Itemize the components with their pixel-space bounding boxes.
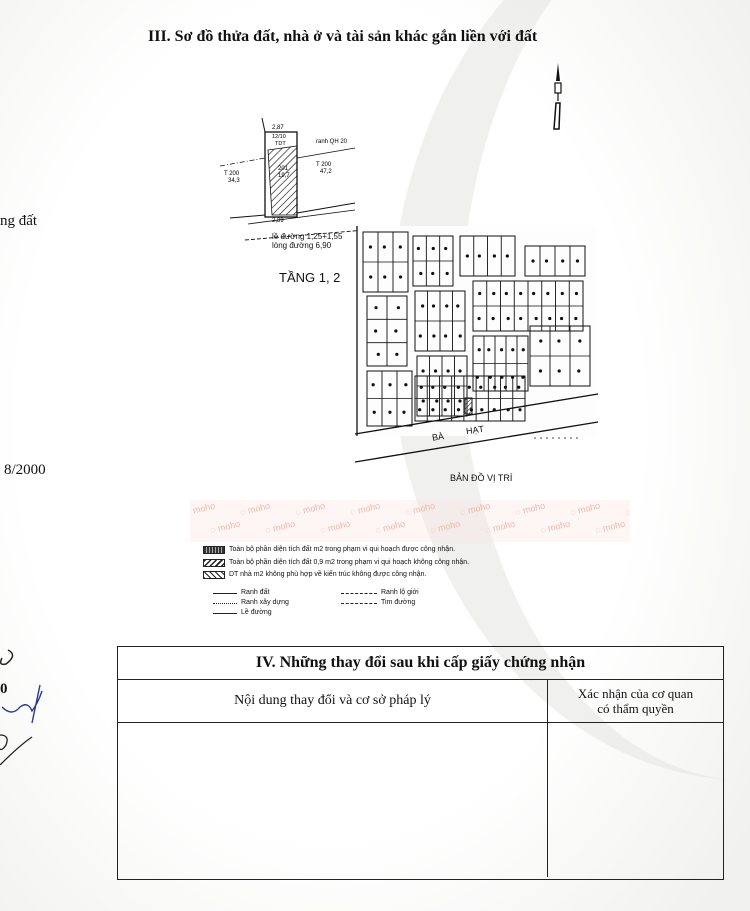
svg-text:ranh QH 20: ranh QH 20 bbox=[316, 139, 348, 145]
road-note-line2: lòng đường 6,90 bbox=[272, 241, 342, 250]
watermark-text: ◌ moho bbox=[569, 500, 601, 517]
north-arrow-icon bbox=[548, 63, 568, 133]
legend-text: Tim đường bbox=[381, 598, 415, 608]
svg-text:19,7: 19,7 bbox=[278, 173, 290, 179]
watermark-text: ◌ moho bbox=[459, 500, 491, 517]
dotted-line-icon bbox=[213, 603, 237, 604]
svg-text:201: 201 bbox=[278, 166, 289, 172]
legend-text: DT nhà m2 không phù hợp về kiến trúc khô… bbox=[229, 569, 426, 582]
legend-text: Ranh xây dựng bbox=[241, 598, 289, 608]
crosshatch-swatch-icon bbox=[203, 571, 225, 579]
legend-text: Ranh đất bbox=[241, 588, 269, 598]
watermark-text: ◌ moho bbox=[404, 500, 436, 517]
watermark-text: ◌ moho bbox=[209, 518, 241, 535]
svg-text:34,3: 34,3 bbox=[228, 178, 240, 184]
area-legend: Toàn bộ phần diện tích đất m2 trong phạm… bbox=[203, 544, 469, 582]
col-confirmation-header: Xác nhận của cơ quancó thẩm quyền bbox=[548, 680, 723, 722]
watermark-text: ◌ moho bbox=[239, 500, 271, 517]
svg-text:47,2: 47,2 bbox=[320, 169, 332, 175]
watermark-text: ◌ moho bbox=[264, 518, 296, 535]
section3-title: III. Sơ đồ thửa đất, nhà ở và tài sản kh… bbox=[148, 28, 537, 46]
watermark-text: ◌ moho bbox=[319, 518, 351, 535]
watermark-text: ◌ moho bbox=[349, 500, 381, 517]
watermark-text: ◌ moho bbox=[539, 518, 571, 535]
table-body-row bbox=[118, 723, 723, 877]
road-dashed-line bbox=[245, 228, 365, 242]
line-legend: Ranh đất Ranh lộ giới Ranh xây dựng Tim … bbox=[213, 588, 419, 618]
svg-text:T 200: T 200 bbox=[316, 162, 332, 168]
svg-text:2,89: 2,89 bbox=[272, 218, 284, 224]
svg-text:12/10: 12/10 bbox=[272, 134, 286, 140]
left-edge-fragment: 8/2000 bbox=[4, 462, 46, 479]
watermark-text: ◌ moho bbox=[484, 518, 516, 535]
watermark-text: ◌ moho bbox=[624, 500, 630, 517]
col2-line2: có thẩm quyền bbox=[578, 701, 693, 716]
watermark-text: ◌ moho bbox=[374, 518, 406, 535]
section4-title: IV. Những thay đổi sau khi cấp giấy chứn… bbox=[118, 647, 723, 680]
legend-text: Ranh lộ giới bbox=[381, 588, 419, 598]
left-edge-fragment: ng đất bbox=[0, 213, 37, 230]
solid-line-icon bbox=[213, 613, 237, 614]
confirmation-cell bbox=[548, 723, 723, 877]
solid-line-icon bbox=[213, 593, 237, 594]
solid-swatch-icon bbox=[203, 546, 225, 554]
changes-table: IV. Những thay đổi sau khi cấp giấy chứn… bbox=[117, 646, 724, 880]
street-label: BÀ bbox=[431, 431, 444, 443]
changes-cell bbox=[118, 723, 548, 877]
table-header-row: Nội dung thay đổi và cơ sở pháp lý Xác n… bbox=[118, 680, 723, 723]
legend-text: Toàn bộ phần diện tích đất 0,9 m2 trong … bbox=[229, 557, 469, 570]
map-title: BẢN ĐỒ VỊ TRÍ bbox=[450, 473, 512, 483]
watermark-text: ◌ moho bbox=[594, 518, 626, 535]
dashed-line-icon bbox=[341, 593, 377, 594]
col2-line1: Xác nhận của cơ quan bbox=[578, 686, 693, 701]
long-dash-line-icon bbox=[341, 603, 377, 604]
svg-text:TDT: TDT bbox=[275, 141, 286, 147]
col-changes-header: Nội dung thay đổi và cơ sở pháp lý bbox=[118, 680, 548, 722]
legend-text: Lề đường bbox=[241, 608, 272, 618]
svg-text:T 200: T 200 bbox=[224, 171, 240, 177]
legend-row: Toàn bộ phần diện tích đất 0,9 m2 trong … bbox=[203, 557, 469, 570]
watermark-text: ◌ moho bbox=[514, 500, 546, 517]
plot-sketch: 2,87 12/10 TDT 201 19,7 ranh QH 20 T 200… bbox=[220, 118, 360, 238]
legend-row: Toàn bộ phần diện tích đất m2 trong phạm… bbox=[203, 544, 469, 557]
signature-scribble bbox=[0, 645, 60, 765]
watermark-text: ◌ moho bbox=[190, 500, 216, 517]
watermark-text: ◌ moho bbox=[294, 500, 326, 517]
watermark-band: ◌ moho◌ moho◌ moho◌ moho◌ moho◌ moho◌ mo… bbox=[190, 500, 630, 542]
hatch-swatch-icon bbox=[203, 559, 225, 567]
legend-text: Toàn bộ phần diện tích đất m2 trong phạm… bbox=[229, 544, 455, 557]
svg-text:2,87: 2,87 bbox=[272, 125, 284, 131]
watermark-text: ◌ moho bbox=[429, 518, 461, 535]
legend-row: DT nhà m2 không phù hợp về kiến trúc khô… bbox=[203, 569, 469, 582]
floors-label: TẦNG 1, 2 bbox=[279, 270, 340, 285]
